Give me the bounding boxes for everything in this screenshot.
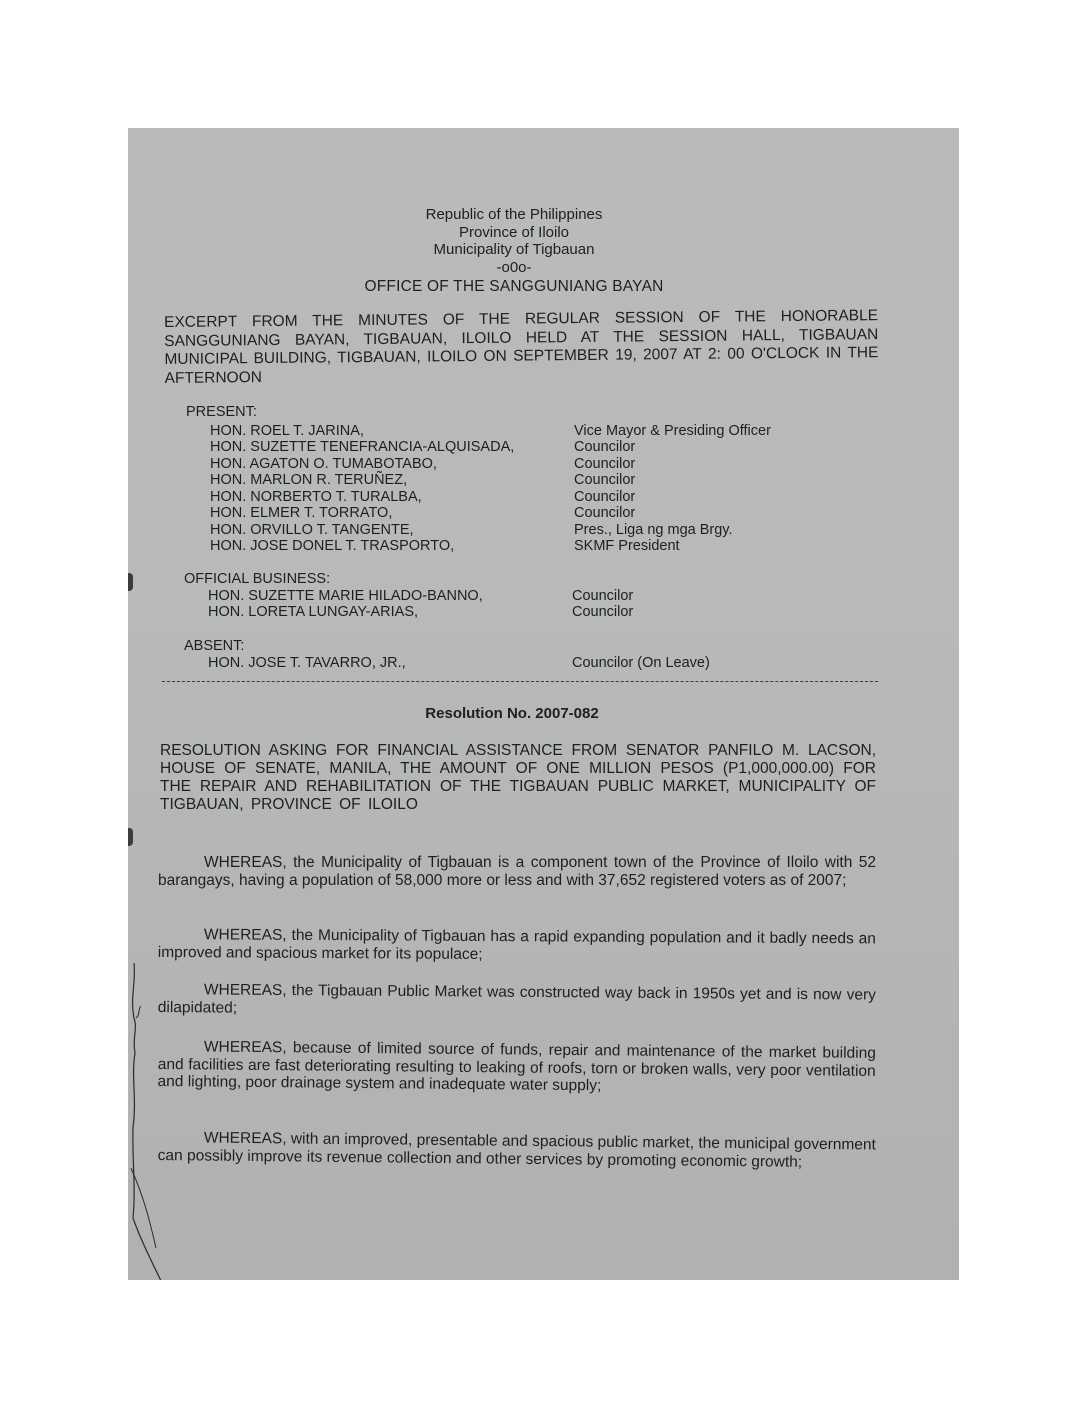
document-page: Republic of the Philippines Province of …: [128, 128, 959, 1280]
official-business-list: HON. SUZETTE MARIE HILADO-BANNO,Councilo…: [184, 588, 904, 621]
attendee-name: HON. ELMER T. TORRATO,: [186, 505, 574, 522]
resolution-title: RESOLUTION ASKING FOR FINANCIAL ASSISTAN…: [160, 742, 876, 814]
attendee-role: Vice Mayor & Presiding Officer: [574, 423, 906, 440]
attendee-row: HON. SUZETTE MARIE HILADO-BANNO,Councilo…: [184, 588, 904, 605]
punch-hole-mark: [128, 573, 133, 591]
attendee-row: HON. JOSE T. TAVARRO, JR.,Councilor (On …: [184, 655, 904, 672]
office-title: OFFICE OF THE SANGGUNIANG BAYAN: [328, 278, 700, 296]
whereas-clause: WHEREAS, the Municipality of Tigbauan is…: [158, 854, 876, 889]
header-separator: -o0o-: [328, 259, 700, 277]
attendee-role: SKMF President: [574, 538, 906, 555]
whereas-clause: WHEREAS, the Municipality of Tigbauan ha…: [158, 926, 876, 965]
whereas-clause: WHEREAS, because of limited source of fu…: [157, 1038, 875, 1097]
absent-label: ABSENT:: [184, 638, 904, 655]
attendee-row: HON. JOSE DONEL T. TRASPORTO,SKMF Presid…: [186, 538, 906, 555]
dashed-divider: [162, 681, 878, 682]
present-list: HON. ROEL T. JARINA,Vice Mayor & Presidi…: [186, 423, 906, 555]
attendee-role: Councilor: [574, 456, 906, 473]
attendee-role: Councilor: [574, 439, 906, 456]
attendee-row: HON. NORBERTO T. TURALBA,Councilor: [186, 489, 906, 506]
attendee-name: HON. NORBERTO T. TURALBA,: [186, 489, 574, 506]
province-line: Province of Iloilo: [328, 224, 700, 242]
present-section: PRESENT: HON. ROEL T. JARINA,Vice Mayor …: [186, 404, 906, 555]
attendee-name: HON. SUZETTE MARIE HILADO-BANNO,: [184, 588, 572, 605]
country-line: Republic of the Philippines: [328, 206, 700, 224]
attendee-role: Councilor: [572, 604, 904, 621]
attendee-row: HON. MARLON R. TERUÑEZ,Councilor: [186, 472, 906, 489]
attendee-name: HON. SUZETTE TENEFRANCIA-ALQUISADA,: [186, 439, 574, 456]
attendee-name: HON. ROEL T. JARINA,: [186, 423, 574, 440]
absent-list: HON. JOSE T. TAVARRO, JR.,Councilor (On …: [184, 655, 904, 672]
present-label: PRESENT:: [186, 404, 906, 421]
punch-hole-mark: [128, 828, 133, 846]
official-business-label: OFFICIAL BUSINESS:: [184, 571, 904, 588]
municipality-line: Municipality of Tigbauan: [328, 241, 700, 259]
attendee-role: Councilor: [574, 489, 906, 506]
whereas-clause: WHEREAS, the Tigbauan Public Market was …: [158, 981, 876, 1022]
official-business-section: OFFICIAL BUSINESS: HON. SUZETTE MARIE HI…: [184, 571, 904, 621]
attendee-row: HON. ROEL T. JARINA,Vice Mayor & Presidi…: [186, 423, 906, 440]
whereas-clause: WHEREAS, with an improved, presentable a…: [158, 1129, 876, 1172]
attendee-row: HON. AGATON O. TUMABOTABO,Councilor: [186, 456, 906, 473]
absent-section: ABSENT: HON. JOSE T. TAVARRO, JR.,Counci…: [184, 638, 904, 671]
attendee-row: HON. ELMER T. TORRATO,Councilor: [186, 505, 906, 522]
attendee-role: Councilor (On Leave): [572, 655, 904, 672]
attendee-name: HON. AGATON O. TUMABOTABO,: [186, 456, 574, 473]
attendee-row: HON. SUZETTE TENEFRANCIA-ALQUISADA,Counc…: [186, 439, 906, 456]
document-header: Republic of the Philippines Province of …: [328, 206, 700, 296]
attendee-name: HON. ORVILLO T. TANGENTE,: [186, 522, 574, 539]
resolution-number: Resolution No. 2007-082: [128, 705, 896, 722]
attendee-row: HON. LORETA LUNGAY-ARIAS,Councilor: [184, 604, 904, 621]
attendee-name: HON. MARLON R. TERUÑEZ,: [186, 472, 574, 489]
attendee-role: Councilor: [574, 505, 906, 522]
attendee-name: HON. JOSE T. TAVARRO, JR.,: [184, 655, 572, 672]
attendee-name: HON. JOSE DONEL T. TRASPORTO,: [186, 538, 574, 555]
attendee-role: Councilor: [574, 472, 906, 489]
attendee-name: HON. LORETA LUNGAY-ARIAS,: [184, 604, 572, 621]
attendee-row: HON. ORVILLO T. TANGENTE,Pres., Liga ng …: [186, 522, 906, 539]
excerpt-heading: EXCERPT FROM THE MINUTES OF THE REGULAR …: [164, 307, 879, 388]
attendee-role: Councilor: [572, 588, 904, 605]
attendee-role: Pres., Liga ng mga Brgy.: [574, 522, 906, 539]
